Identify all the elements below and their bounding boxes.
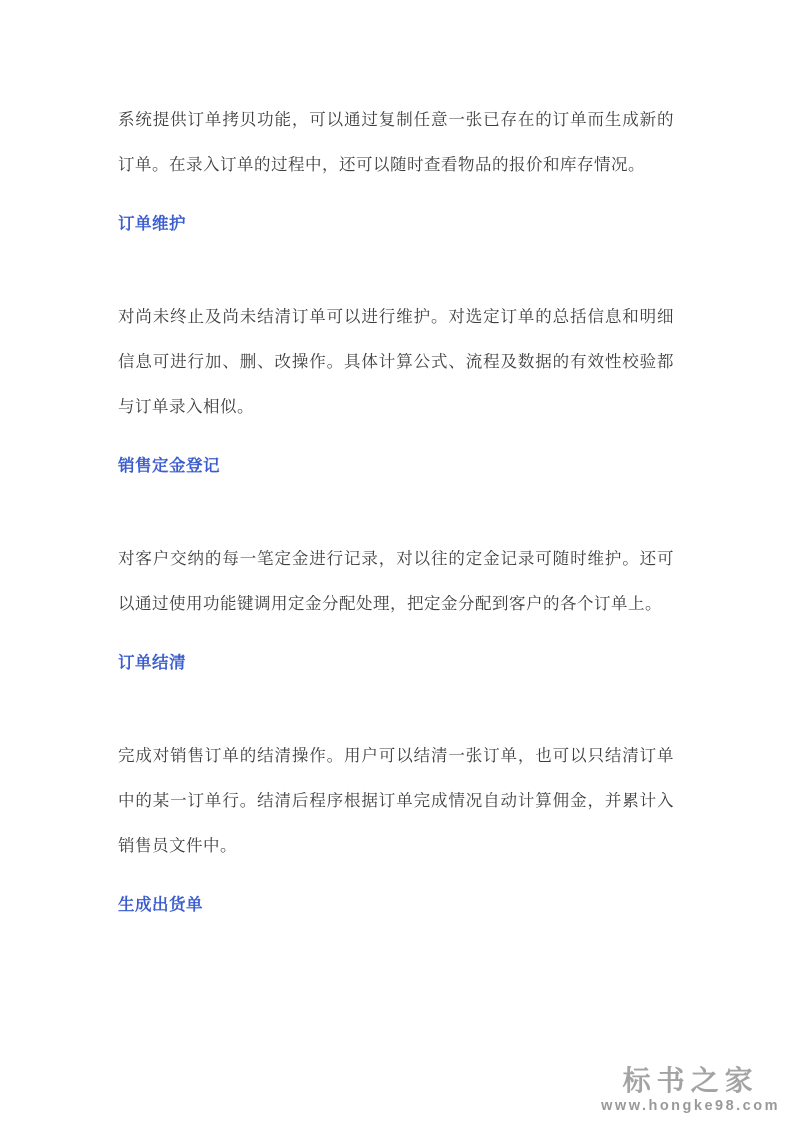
section-heading-generate-shipping-order: 生成出货单 [118, 883, 674, 928]
watermark-title: 标书之家 [601, 1066, 780, 1096]
document-page: 系统提供订单拷贝功能，可以通过复制任意一张已存在的订单而生成新的订单。在录入订单… [0, 0, 793, 1122]
paragraph-deposit-registration: 对客户交纳的每一笔定金进行记录，对以往的定金记录可随时维护。还可以通过使用功能键… [118, 537, 674, 627]
paragraph-order-copy: 系统提供订单拷贝功能，可以通过复制任意一张已存在的订单而生成新的订单。在录入订单… [118, 98, 674, 188]
section-heading-order-maintenance: 订单维护 [118, 202, 674, 247]
section-heading-deposit-registration: 销售定金登记 [118, 444, 674, 489]
watermark: 标书之家 www.hongke98.com [601, 1066, 780, 1114]
document-content: 系统提供订单拷贝功能，可以通过复制任意一张已存在的订单而生成新的订单。在录入订单… [118, 98, 674, 976]
paragraph-order-settlement: 完成对销售订单的结清操作。用户可以结清一张订单，也可以只结清订单中的某一订单行。… [118, 734, 674, 869]
watermark-url: www.hongke98.com [601, 1098, 780, 1114]
paragraph-order-maintenance: 对尚未终止及尚未结清订单可以进行维护。对选定订单的总括信息和明细信息可进行加、删… [118, 295, 674, 430]
section-heading-order-settlement: 订单结清 [118, 641, 674, 686]
